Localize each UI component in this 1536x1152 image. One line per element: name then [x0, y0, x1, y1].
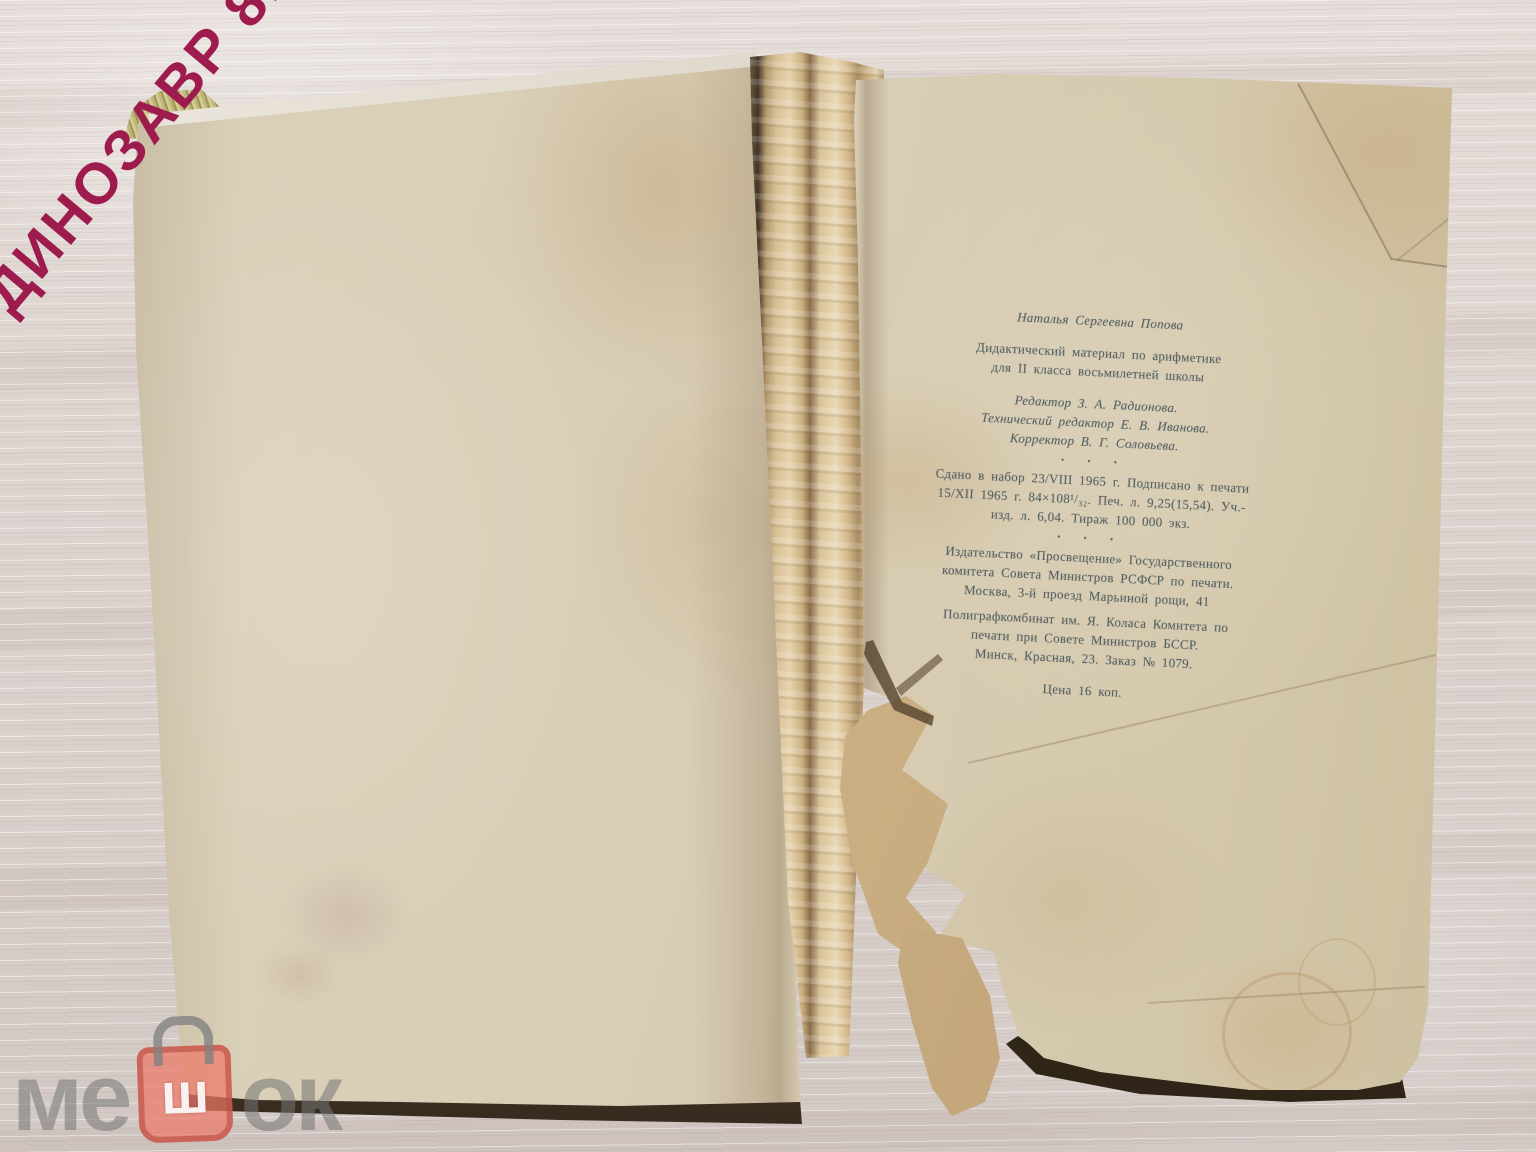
author-name: Наталья Сергеевна Попова — [929, 303, 1272, 339]
price-label: Цена 16 коп. — [911, 673, 1254, 709]
colophon-text-block: Наталья Сергеевна Попова Дидактический м… — [911, 303, 1272, 708]
meshok-text-prefix: ме — [12, 1052, 128, 1144]
shopping-bag-icon: ш — [137, 1044, 234, 1143]
bag-letter: ш — [160, 1064, 210, 1124]
bag-handle-icon — [153, 1015, 215, 1066]
photo-scene: Наталья Сергеевна Попова Дидактический м… — [0, 0, 1536, 1152]
water-stain-ring — [1298, 938, 1376, 1026]
watermark-meshok-logo: ме ш ок — [12, 1046, 339, 1144]
meshok-text-suffix: ок — [240, 1052, 339, 1144]
